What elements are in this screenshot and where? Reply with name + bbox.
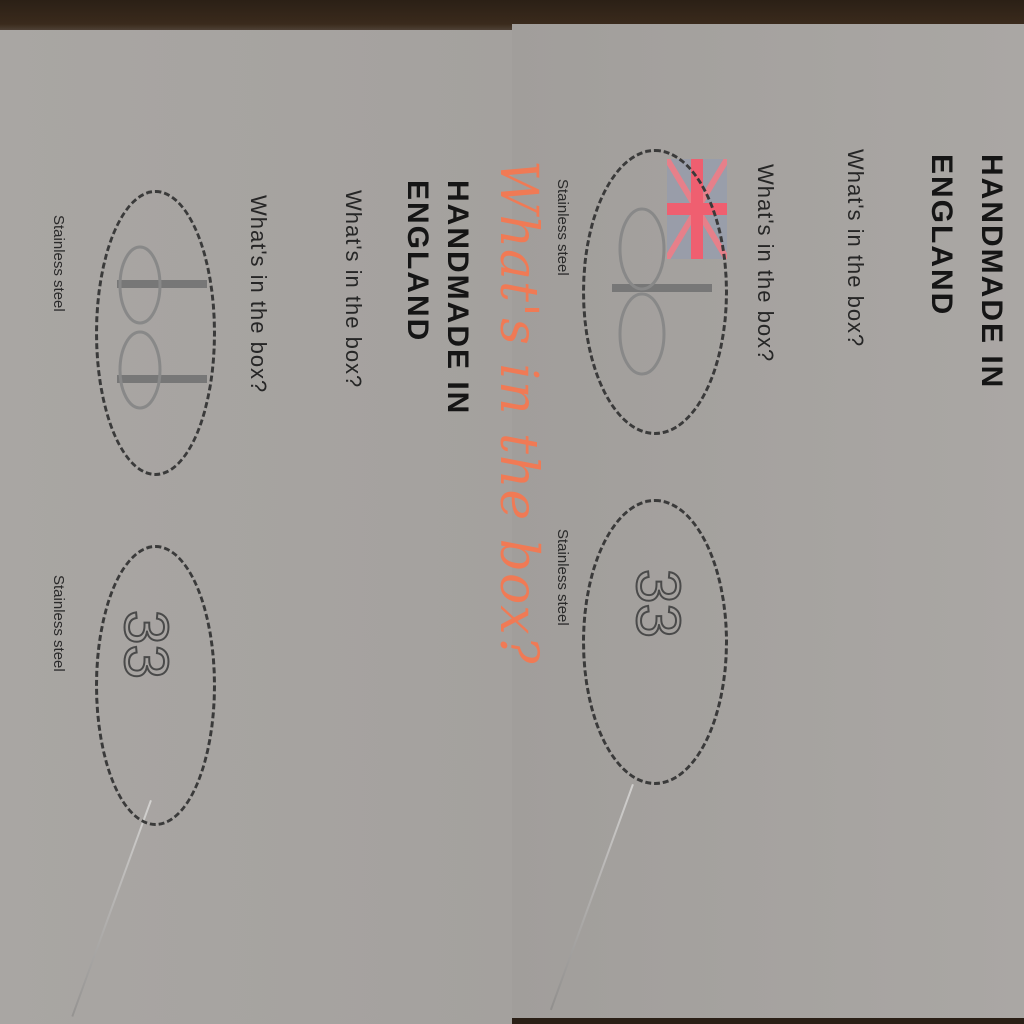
item-label-2: Stainless steel bbox=[554, 529, 571, 626]
subheading: What's in the box? bbox=[842, 149, 868, 347]
subheading: What's in the box? bbox=[340, 190, 366, 388]
bar-icon bbox=[112, 240, 207, 420]
fold-crease bbox=[71, 800, 152, 1017]
number-33-icon: 33 bbox=[110, 610, 181, 679]
body-text: What's in the box? bbox=[245, 195, 271, 393]
box-panel-right: HANDMADE IN ENGLAND What's in the box? W… bbox=[512, 24, 1024, 1018]
item-label-1: Stainless steel bbox=[554, 179, 571, 276]
body-text: What's in the box? bbox=[752, 164, 778, 362]
heading-line-1: HANDMADE IN bbox=[974, 154, 1008, 389]
heading-line-2: ENGLAND bbox=[400, 180, 434, 342]
item-label-2: Stainless steel bbox=[50, 575, 67, 672]
fold-crease bbox=[550, 784, 634, 1010]
whats-in-the-box-headline: What's in the box? bbox=[488, 160, 548, 664]
heading-line-2: ENGLAND bbox=[924, 154, 958, 316]
item-badge-2 bbox=[582, 499, 728, 785]
bar-icon bbox=[612, 204, 712, 384]
number-33-icon: 33 bbox=[622, 569, 693, 638]
item-label-1: Stainless steel bbox=[50, 215, 67, 312]
box-panel-left: HANDMADE IN ENGLAND What's in the box? W… bbox=[0, 30, 512, 1024]
item-badge-2 bbox=[95, 545, 216, 826]
heading-line-1: HANDMADE IN bbox=[440, 180, 474, 415]
